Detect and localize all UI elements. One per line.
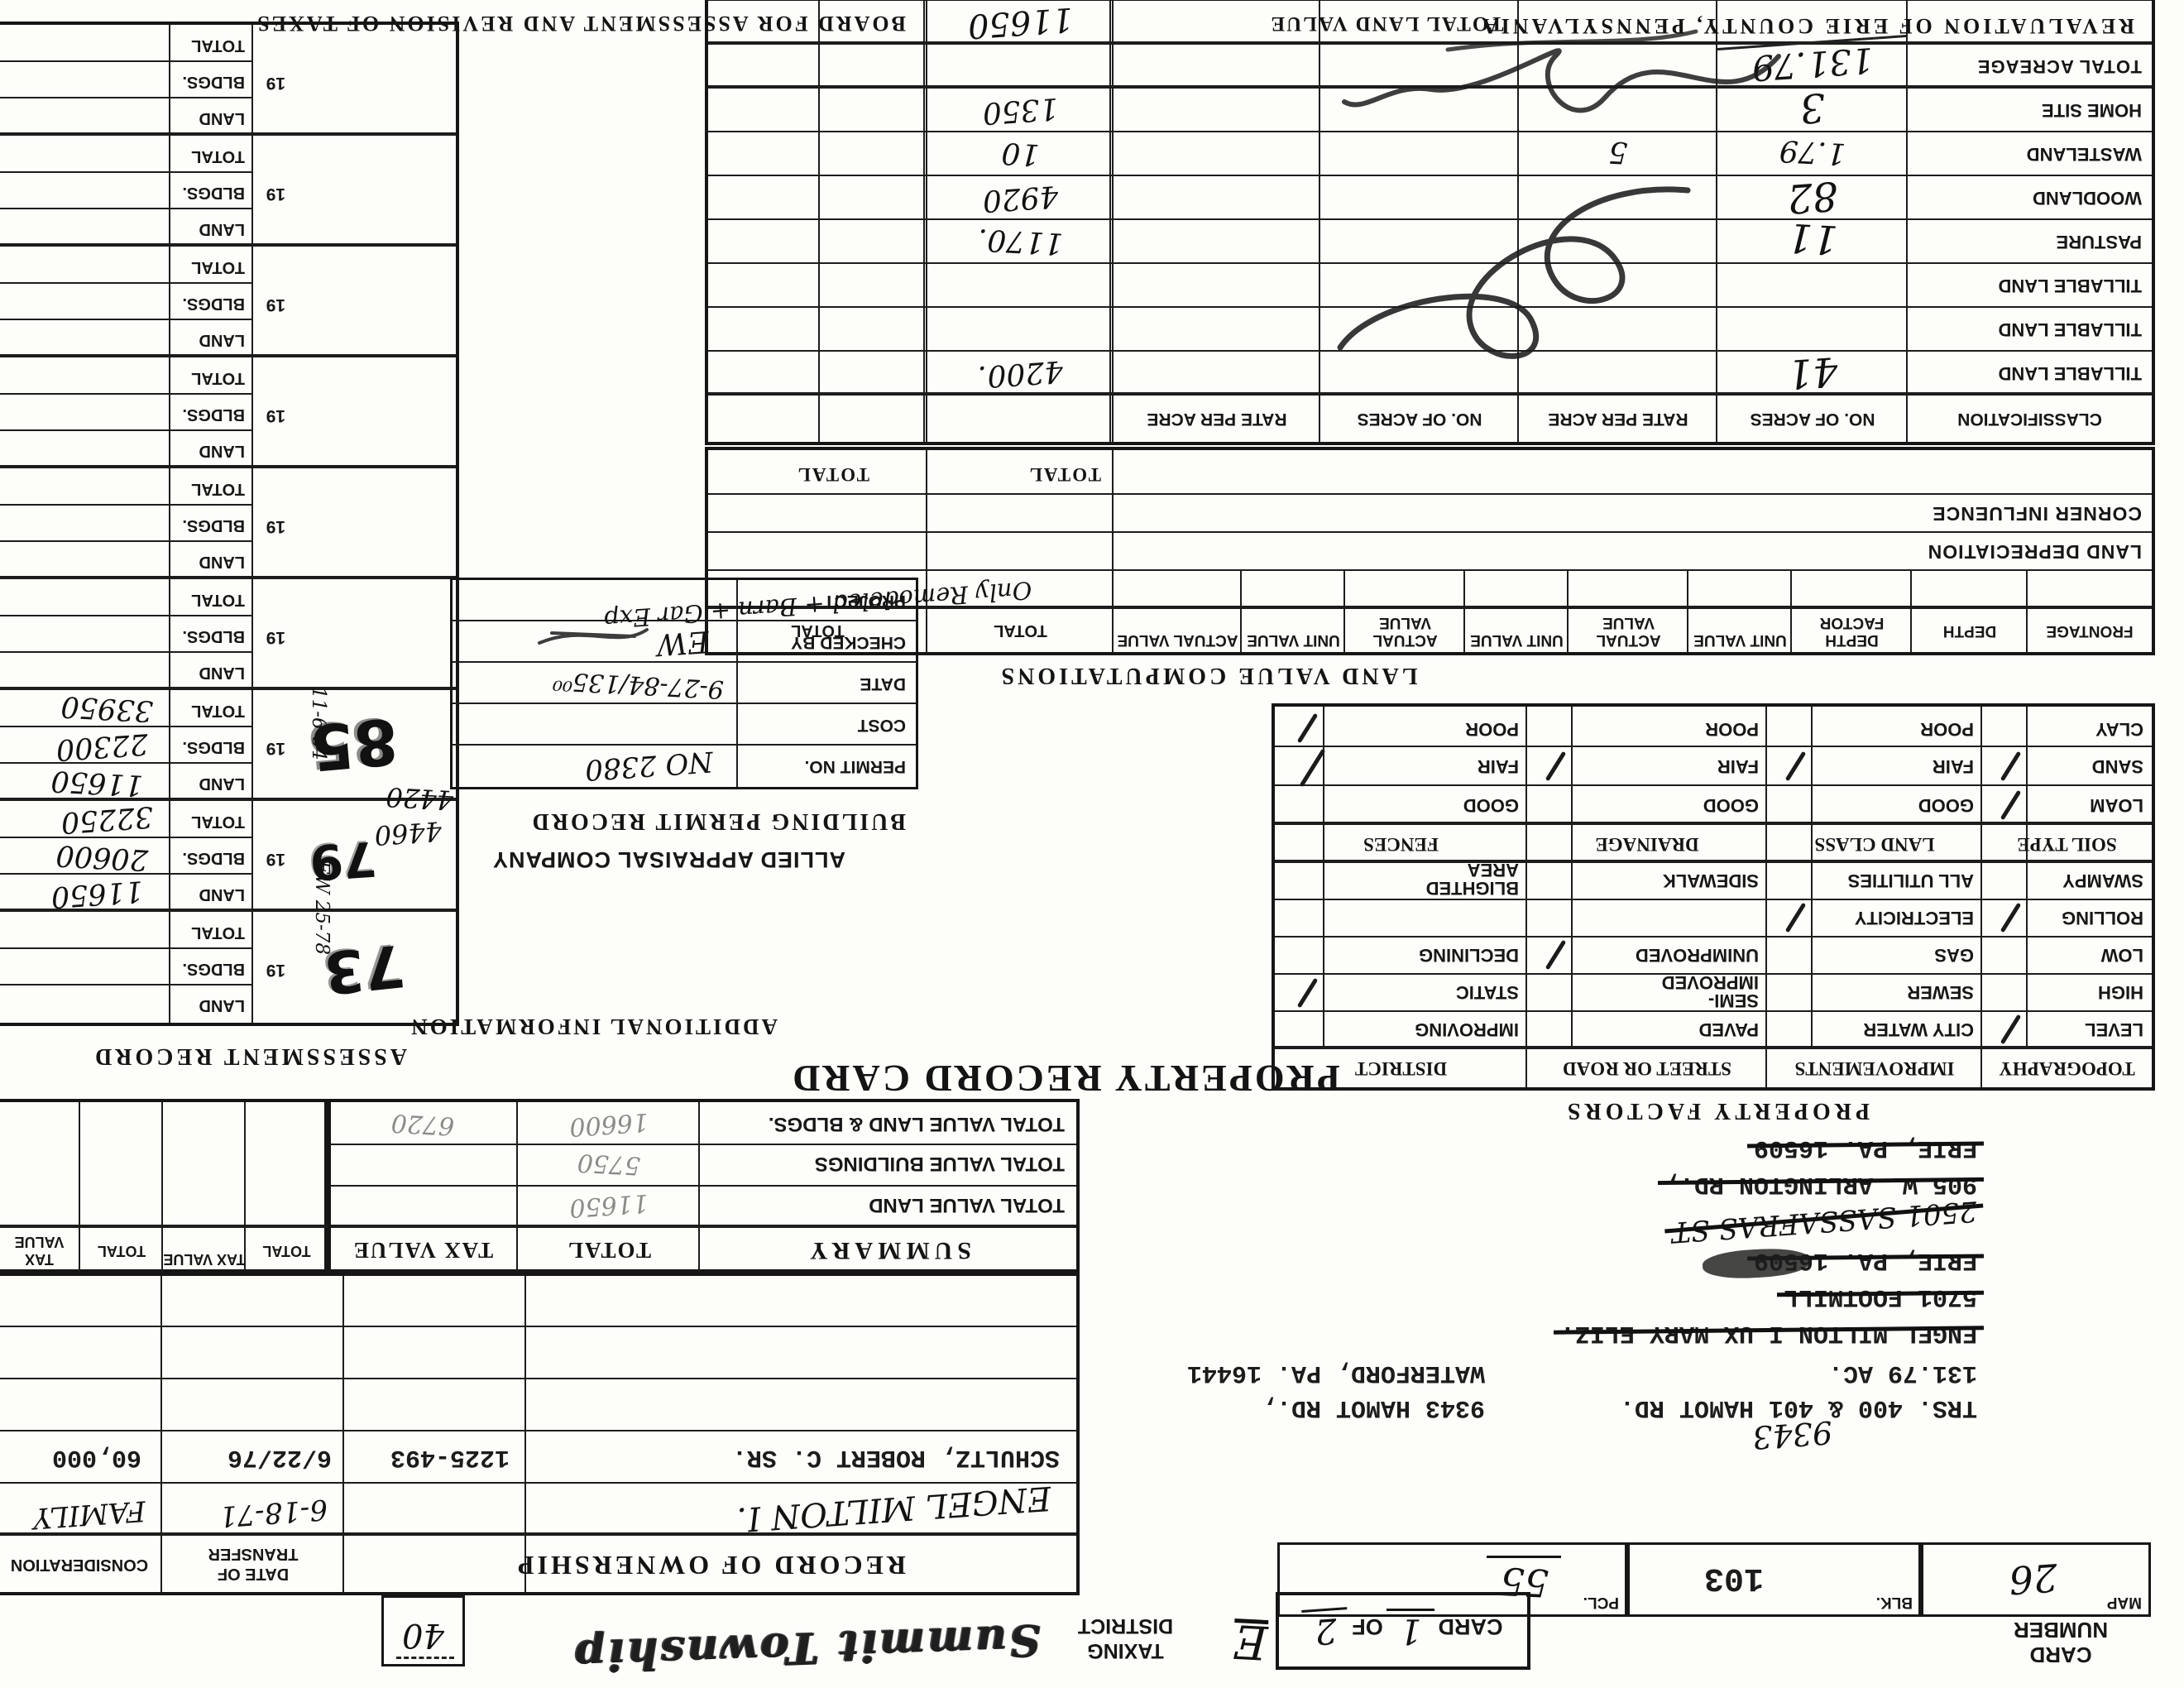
class-row-label: WOODLAND	[2033, 187, 2142, 209]
summary-landbldg-total: 16600	[517, 1103, 701, 1144]
grid-line	[1525, 707, 1527, 1087]
class-col-header: CLASSIFICATION	[1908, 409, 2152, 429]
grid-line	[0, 393, 253, 395]
grid-line	[0, 1225, 328, 1228]
summary-row-label: TOTAL VALUE LAND & BLDGS.	[769, 1112, 1065, 1135]
soil-label: LOAM	[2090, 794, 2143, 816]
extra-header: TOTAL	[80, 1242, 163, 1259]
handwriting-scribble	[1291, 157, 1721, 397]
additional-information-title: ADDITIONAL INFORMATION	[409, 1014, 778, 1039]
assessment-row-label: TOTAL	[191, 146, 245, 165]
soil-label: GOOD	[1703, 794, 1759, 816]
factor-label: BLIGHTED AREA	[1395, 861, 1519, 897]
grid-line	[0, 576, 456, 579]
summary-bldg-total: 5750	[517, 1144, 701, 1182]
block-box: BLK. 103	[1625, 1542, 1923, 1617]
summary-table: SUMMARY TOTAL TAX VALUE TOTAL VALUE LAND…	[324, 1099, 1080, 1276]
class-row-label: TILLABLE LAND	[1998, 319, 2142, 340]
struck-address-line: ERIE, PA. 16509	[1754, 1134, 1977, 1162]
factor-label: STATIC	[1456, 981, 1519, 1003]
taxing-district-label: TAXING DISTRICT	[1053, 1614, 1198, 1663]
extra-header: TAX VALUE	[0, 1234, 80, 1268]
factor-label: LOW	[2101, 944, 2143, 966]
assessment-row-label: TOTAL	[191, 368, 245, 387]
grid-line	[0, 354, 456, 357]
grid-line	[0, 1378, 1076, 1379]
grid-line	[708, 531, 2152, 533]
grid-line	[453, 703, 916, 704]
ink-blot	[1702, 1247, 1811, 1281]
grid-line	[0, 1532, 1076, 1536]
assessment-row-label: BLDGS.	[182, 848, 245, 867]
class-row-label: WASTELAND	[2027, 143, 2142, 165]
class-col-header: RATE PER ACRE	[1114, 409, 1320, 429]
check-mark	[1545, 751, 1566, 782]
grid-line	[0, 504, 253, 506]
assessed-land-value: 11650	[50, 874, 144, 914]
comp-col-header: FRONTAGE	[2028, 621, 2152, 640]
year-prefix: 19	[266, 405, 285, 425]
block-label: BLK.	[1876, 1593, 1913, 1611]
comp-col-header: ACTUAL VALUE	[1345, 613, 1465, 648]
transfer-date-handwritten: 6-18-71	[218, 1492, 329, 1532]
struck-text: 905 W. ARLINGTON RD.,	[1664, 1170, 1977, 1198]
factor-label: GAS	[1934, 944, 1974, 966]
permit-row-label: COST	[858, 715, 906, 735]
value-handwritten: 4200.	[927, 350, 1114, 397]
soil-col-header: SOIL TYPE	[1982, 833, 2152, 855]
scanned-document-page: { "header": { "card_number_label": "CARD…	[0, 0, 2184, 1688]
grid-line	[328, 1144, 1076, 1145]
comp-col-header: TOTAL	[927, 621, 1114, 640]
assessment-row-label: BLDGS.	[182, 737, 245, 756]
factor-label: HIGH	[2098, 981, 2143, 1003]
consideration-handwritten: FAMILY	[31, 1494, 146, 1534]
assessment-row-label: LAND	[199, 885, 245, 904]
grid-line	[0, 429, 253, 431]
soil-col-header: DRAINAGE	[1527, 833, 1767, 855]
soil-col-header: LAND CLASS	[1767, 833, 1982, 855]
assessment-row-label: LAND	[199, 330, 245, 349]
check-mark	[2000, 1014, 2021, 1045]
assessment-row-label: BLDGS.	[182, 405, 245, 424]
grid-line	[453, 661, 916, 663]
value-handwritten: 1170.	[927, 219, 1114, 263]
factors-col-header: IMPROVEMENTS	[1767, 1057, 1982, 1079]
check-mark	[1300, 749, 1326, 788]
struck-owner-line: ENGEL MILTON I UX MARY ELIZ.	[1560, 1319, 1977, 1347]
assessment-row-label: BLDGS.	[182, 959, 245, 978]
factor-label: SEWER	[1907, 981, 1974, 1003]
grid-line	[0, 762, 253, 764]
grid-line	[0, 615, 253, 616]
permit-row-label: DATE	[860, 674, 906, 693]
summary-total-label: TOTAL	[518, 1237, 700, 1263]
owner-name-typed: SCHULTZ, ROBERT C. SR.	[732, 1443, 1060, 1471]
value-handwritten: 10	[927, 132, 1114, 175]
assessment-year-handwritten: 73	[321, 931, 408, 1007]
box-40-dash	[396, 1657, 454, 1659]
factor-label: LEVEL	[2085, 1019, 2143, 1040]
value-handwritten: 1350	[927, 87, 1114, 134]
check-mark	[2000, 790, 2021, 821]
assessment-record-table: 19 19 19 19 19 19 19 19 19 73 79 85 LAND…	[0, 22, 459, 1026]
struck-text: 2501 SASSAFRAS ST	[1671, 1194, 1978, 1249]
box-40: 40	[381, 1595, 465, 1666]
factor-label: SWAMPY	[2062, 870, 2143, 891]
mailing-address-line2: WATERFORD, PA. 16441	[1187, 1359, 1485, 1387]
grid-line	[0, 243, 456, 247]
grid-line	[160, 1273, 162, 1592]
check-mark	[2000, 903, 2021, 933]
factors-col-header: DISTRICT	[1275, 1057, 1527, 1079]
class-col-header: RATE PER ACRE	[1519, 409, 1717, 429]
land-depreciation-label: LAND DEPRECIATION	[1928, 540, 2142, 563]
assessment-row-label: LAND	[199, 219, 245, 238]
permit-row-label: CHECKED BY	[791, 632, 906, 652]
grid-line	[1811, 707, 1813, 1049]
grid-line	[1275, 822, 2152, 825]
mailing-address-line1: 9343 HAMOT RD.,	[1262, 1393, 1485, 1422]
class-row-label: TILLABLE LAND	[1998, 275, 2142, 296]
ownership-title: RECORD OF OWNERSHIP	[344, 1550, 1076, 1580]
grid-line	[818, 1, 820, 442]
grid-line	[453, 744, 916, 746]
assessment-row-label: BLDGS.	[182, 72, 245, 91]
check-mark	[1785, 751, 1806, 782]
assessed-land-value: 11650	[50, 764, 144, 802]
appraisal-company-name: ALLIED APPRAISAL COMPANY	[492, 846, 845, 872]
class-row-label: TILLABLE LAND	[1998, 362, 2142, 384]
soil-label: POOR	[1920, 718, 1974, 740]
grid-line	[1571, 707, 1573, 1049]
year-prefix: 19	[266, 960, 285, 980]
township-stamp: Summit Township	[572, 1614, 1042, 1681]
soil-label: CLAY	[2095, 718, 2143, 740]
summary-landbldg-tax: 6720	[327, 1105, 519, 1144]
struck-text: ENGEL MILTON I UX MARY ELIZ.	[1560, 1319, 1977, 1347]
factor-label: CITY WATER	[1863, 1019, 1974, 1040]
factor-label: UNIMPROVED	[1636, 944, 1759, 966]
consideration-typed: 60,000	[52, 1443, 141, 1471]
assessment-row-label: BLDGS.	[182, 626, 245, 645]
grid-line	[328, 1225, 1076, 1228]
card-number-label: CARD NUMBER	[1990, 1617, 2131, 1666]
soil-label: FAIR	[1933, 755, 1974, 777]
check-mark	[2000, 751, 2021, 782]
struck-text: ERIE, PA. 16509	[1754, 1134, 1977, 1162]
assessment-row-label: BLDGS.	[182, 516, 245, 535]
card-number-mark: E	[1232, 1614, 1268, 1669]
permit-number-handwritten: NO 2380	[584, 745, 714, 787]
factor-label: SEMI-IMPROVED	[1626, 973, 1759, 1009]
grid-line	[2026, 571, 2028, 652]
factor-label: ELECTRICITY	[1855, 907, 1974, 928]
assessment-row-label: BLDGS.	[182, 294, 245, 313]
grid-line	[1275, 1046, 2152, 1049]
class-col-header: NO. OF ACRES	[1320, 409, 1519, 429]
comp-col-header: DEPTH FACTOR	[1792, 613, 1912, 648]
assessment-row-label: LAND	[199, 663, 245, 682]
grid-line	[0, 947, 253, 949]
map-label: MAP	[2107, 1593, 2142, 1611]
card-of-num2: 2	[1302, 1607, 1350, 1653]
factor-label: IMPROVING	[1415, 1019, 1519, 1040]
corner-influence-label: CORNER INFLUENCE	[1932, 502, 2142, 525]
card-of-num1: 1	[1387, 1609, 1435, 1652]
grid-line	[1275, 899, 2152, 900]
grid-line	[0, 465, 456, 468]
building-permit-title: BUILDING PERMIT RECORD	[530, 808, 906, 834]
grid-line	[0, 1430, 1076, 1431]
struck-text: 5701 FOOTMILL	[1784, 1283, 1977, 1311]
assessed-total-value: 33950	[60, 689, 154, 727]
transfer-date-typed: 6/22/76	[227, 1443, 332, 1471]
grid-line	[1275, 936, 2152, 938]
footer-left: REVALUATION OF ERIE COUNTY, PENNSYLVANIA	[1479, 13, 2134, 38]
summary-land-total: 11650	[517, 1184, 701, 1225]
permit-side-number: 4460	[373, 815, 443, 851]
summary-title: SUMMARY	[700, 1236, 1076, 1264]
map-box: MAP 26	[1918, 1542, 2151, 1617]
class-row-label: TOTAL ACREAGE	[1977, 55, 2142, 77]
land-value-computations-table: FRONTAGE DEPTH DEPTH FACTOR UNIT VALUE A…	[705, 447, 2155, 655]
assessment-row-label: TOTAL	[191, 590, 245, 609]
assessment-row-label: TOTAL	[191, 36, 245, 55]
year-prefix: 19	[266, 627, 285, 647]
assessment-row-label: LAND	[199, 441, 245, 460]
grid-line	[342, 1273, 344, 1592]
grid-line	[0, 171, 253, 173]
assessment-row-label: TOTAL	[191, 812, 245, 831]
soil-label: FAIR	[1717, 755, 1759, 777]
card-of-word2: OF	[1352, 1614, 1383, 1639]
comp-col-header: ACTUAL VALUE	[1114, 631, 1242, 648]
year-prefix: 19	[266, 295, 285, 314]
grid-line	[2026, 707, 2028, 1049]
permit-row-label: PERMIT NO.	[804, 756, 906, 776]
factor-label: SIDEWALK	[1663, 870, 1759, 891]
assessment-row-label: LAND	[199, 108, 245, 127]
year-prefix: 19	[266, 184, 285, 204]
summary-row-label: TOTAL VALUE BUILDINGS	[815, 1152, 1065, 1175]
extra-header: TAX VALUE	[163, 1250, 246, 1268]
summary-extra-columns: TOTAL TAX VALUE TOTAL TAX VALUE	[0, 1099, 331, 1276]
block-value: 103	[1704, 1559, 1764, 1596]
grid-line	[0, 1326, 1076, 1327]
assessment-row-label: LAND	[199, 995, 245, 1014]
comp-col-header: DEPTH	[1912, 621, 2028, 640]
grid-line	[0, 319, 253, 320]
year-prefix: 19	[266, 849, 285, 869]
margin-note-vertical: EW 25-78	[311, 861, 333, 955]
comp-col-header: ACTUAL VALUE	[1569, 613, 1688, 648]
property-factors-table: TOPOGRAPHY IMPROVEMENTS STREET OR ROAD D…	[1272, 703, 2155, 1091]
box-40-value: 40	[402, 1616, 444, 1654]
permit-date-handwritten: 9-27-84/135⁰⁰	[552, 666, 725, 704]
check-mark	[1297, 978, 1318, 1009]
property-record-card-sheet: CARD NUMBER MAP 26 BLK. 103 PCL. 55 CARD…	[0, 0, 2184, 1688]
assessed-total-value: 32250	[60, 799, 154, 839]
soil-label: SAND	[2092, 755, 2143, 777]
soil-label: GOOD	[1918, 794, 1974, 816]
class-col-header: NO. OF ACRES	[1717, 409, 1908, 429]
soil-label: POOR	[1705, 718, 1759, 740]
card-of-stamp: CARD 1 OF 2	[1276, 1592, 1530, 1670]
grid-line	[1323, 707, 1324, 1049]
year-prefix: 19	[266, 738, 285, 758]
grid-line	[0, 208, 253, 209]
grid-line	[0, 97, 253, 98]
comp-col-header: UNIT VALUE	[1688, 631, 1792, 648]
summary-tax-label: TAX VALUE	[328, 1237, 518, 1263]
struck-handwritten-line: 2501 SASSAFRAS ST	[1671, 1205, 1977, 1238]
comp-col-header: UNIT VALUE	[1465, 631, 1569, 648]
assessment-row-label: BLDGS.	[182, 183, 245, 202]
grid-line	[0, 282, 253, 284]
factor-label: ROLLING	[2062, 907, 2143, 928]
grid-line	[0, 540, 253, 542]
assessment-record-title: ASSESSMENT RECORD	[92, 1043, 407, 1069]
factors-col-header: TOPOGRAPHY	[1982, 1057, 2152, 1079]
grid-line	[1765, 707, 1767, 1087]
factor-label: DECLINING	[1419, 944, 1519, 966]
assessment-row-label: LAND	[199, 774, 245, 793]
soil-label: POOR	[1465, 718, 1519, 740]
grid-line	[1275, 746, 2152, 747]
property-location: TRS. 400 & 401 HAMOT RD.	[1620, 1393, 1977, 1422]
assessed-bldgs-value: 22300	[55, 727, 149, 766]
comp-total-label: TOTAL	[797, 463, 869, 485]
margin-note-vertical: 11-6-84	[308, 687, 329, 760]
grid-line	[1275, 784, 2152, 786]
assessment-row-label: TOTAL	[191, 923, 245, 942]
footer-right: BOARD FOR ASSESSMENT AND REVISION OF TAX…	[255, 11, 906, 36]
land-value-computations-title: LAND VALUE COMPUTATIONS	[976, 662, 1439, 688]
consideration-label: CONSIDERATION	[1, 1555, 158, 1574]
grid-line	[0, 984, 253, 985]
assessment-row-label: TOTAL	[191, 701, 245, 720]
extra-header: TOTAL	[246, 1242, 328, 1259]
struck-address-line: 5701 FOOTMILL	[1784, 1283, 1977, 1311]
grid-line	[0, 132, 456, 136]
check-mark	[1785, 903, 1806, 933]
assessment-row-label: TOTAL	[191, 257, 245, 276]
property-acreage: 131.79 AC.	[1828, 1359, 1977, 1387]
owner-name-handwritten: ENGEL MILTON I.	[735, 1479, 1052, 1538]
grid-line	[524, 1273, 526, 1592]
grid-line	[708, 493, 2152, 495]
map-value: 26	[2008, 1555, 2059, 1603]
factor-label: PAVED	[1698, 1019, 1759, 1040]
date-of-transfer-label: DATE OF TRANSFER	[170, 1544, 336, 1584]
grid-line	[0, 837, 253, 838]
comp-col-header: UNIT VALUE	[1242, 631, 1345, 648]
assessment-row-label: LAND	[199, 552, 245, 571]
struck-address-line: 905 W. ARLINGTON RD.,	[1664, 1170, 1977, 1198]
comp-total-label: TOTAL	[1028, 463, 1101, 485]
page-title: PROPERTY RECORD CARD	[790, 1057, 1340, 1101]
class-row-label: HOME SITE	[2042, 99, 2142, 121]
property-factors-title: PROPERTY FACTORS	[1278, 1097, 2155, 1124]
parcel-label: PCL.	[1583, 1593, 1619, 1611]
soil-label: GOOD	[1463, 794, 1519, 816]
summary-row-label: TOTAL VALUE LAND	[869, 1193, 1065, 1216]
factor-label: ALL UTILITIES	[1848, 870, 1974, 891]
grid-line	[0, 60, 253, 62]
grid-line	[0, 651, 253, 653]
grid-line	[0, 1482, 1076, 1484]
permit-side-number: 4420	[386, 781, 454, 816]
grid-line	[708, 569, 2152, 571]
factors-col-header: STREET OR ROAD	[1527, 1057, 1767, 1079]
year-prefix: 19	[266, 73, 285, 93]
assessed-bldgs-value: 20600	[55, 838, 149, 876]
value-handwritten: 4920	[927, 175, 1114, 222]
year-prefix: 19	[266, 516, 285, 536]
deed-book-page: 1225-493	[390, 1443, 510, 1471]
assessment-row-label: TOTAL	[191, 479, 245, 498]
soil-col-header: FENCES	[1275, 833, 1527, 855]
grid-line	[328, 1185, 1076, 1187]
ownership-table: RECORD OF OWNERSHIP DATE OF TRANSFER CON…	[0, 1269, 1080, 1595]
check-mark	[1297, 713, 1318, 744]
parcel-underline	[1487, 1556, 1561, 1558]
grid-line	[1980, 707, 1982, 1087]
soil-label: FAIR	[1478, 755, 1519, 777]
check-mark	[1545, 940, 1566, 971]
card-of-word1: CARD	[1438, 1614, 1502, 1639]
class-row-label: PASTURE	[2057, 231, 2143, 252]
